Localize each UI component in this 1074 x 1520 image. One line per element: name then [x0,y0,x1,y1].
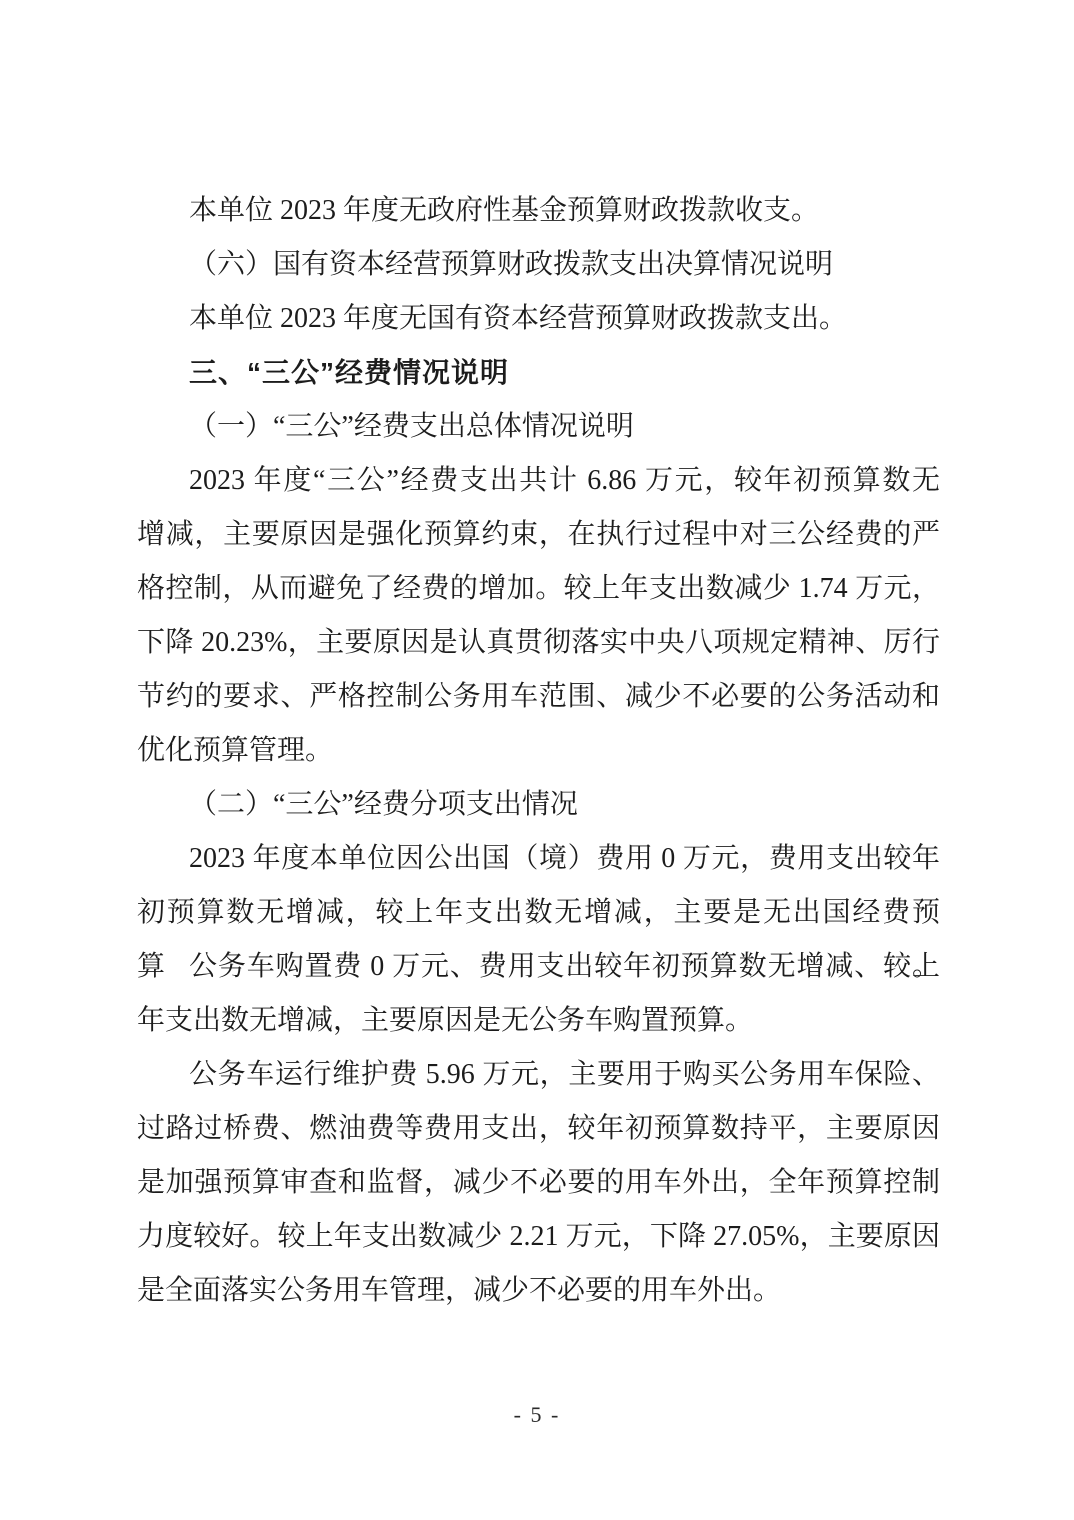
document-body: 本单位 2023 年度无政府性基金预算财政拨款收支。（六）国有资本经营预算财政拨… [137,184,940,1318]
document-page: 本单位 2023 年度无政府性基金预算财政拨款收支。（六）国有资本经营预算财政拨… [0,0,1074,1520]
document-line: 格控制，从而避免了经费的增加。较上年支出数减少 1.74 万元， [137,562,940,616]
page-number: - 5 - [0,1400,1074,1430]
document-line: 年支出数无增减，主要原因是无公务车购置预算。 [137,994,940,1048]
document-line: 本单位 2023 年度无国有资本经营预算财政拨款支出。 [137,292,940,346]
document-line: 2023 年度“三公”经费支出共计 6.86 万元，较年初预算数无 [137,454,940,508]
document-line: 力度较好。较上年支出数减少 2.21 万元，下降 27.05%，主要原因 [137,1210,940,1264]
document-line: 过路过桥费、燃油费等费用支出，较年初预算数持平，主要原因 [137,1102,940,1156]
document-line: 公务车购置费 0 万元、费用支出较年初预算数无增减、较上 [137,940,940,994]
document-line: 是加强预算审查和监督，减少不必要的用车外出，全年预算控制 [137,1156,940,1210]
subsection-heading: （二）“三公”经费分项支出情况 [137,778,940,832]
subsection-heading: （一）“三公”经费支出总体情况说明 [137,400,940,454]
document-line: 初预算数无增减，较上年支出数无增减，主要是无出国经费预算。 [137,886,940,940]
document-line: 2023 年度本单位因公出国（境）费用 0 万元，费用支出较年 [137,832,940,886]
document-line: 是全面落实公务用车管理，减少不必要的用车外出。 [137,1264,940,1318]
subsection-heading: （六）国有资本经营预算财政拨款支出决算情况说明 [137,238,940,292]
section-heading: 三、“三公”经费情况说明 [137,346,940,400]
document-line: 优化预算管理。 [137,724,940,778]
document-line: 公务车运行维护费 5.96 万元，主要用于购买公务用车保险、 [137,1048,940,1102]
document-line: 本单位 2023 年度无政府性基金预算财政拨款收支。 [137,184,940,238]
document-line: 下降 20.23%，主要原因是认真贯彻落实中央八项规定精神、厉行 [137,616,940,670]
document-line: 节约的要求、严格控制公务用车范围、减少不必要的公务活动和 [137,670,940,724]
document-line: 增减，主要原因是强化预算约束，在执行过程中对三公经费的严 [137,508,940,562]
